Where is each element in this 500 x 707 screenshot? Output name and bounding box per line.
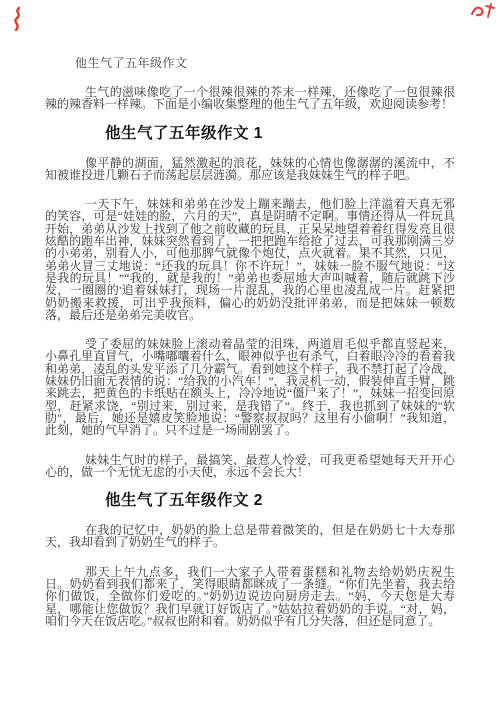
essay-1-paragraph-4: 妹妹生气时的样子，最搞笑，最惹人怜爱，可我更希望她每天开开心心的，做一个无忧无虑… (45, 454, 455, 479)
red-ink-stroke (486, 4, 494, 17)
red-ink-stroke (15, 8, 19, 30)
essay-1-heading: 他生气了五年级作文 1 (105, 124, 455, 144)
essay-1-paragraph-3: 受了委屈的妹妹脸上滚动着晶莹的泪珠，两道眉毛似乎都直竖起来，小鼻孔里直冒气，小嘴… (45, 338, 455, 436)
red-ink-stroke (472, 8, 483, 16)
essay-2-paragraph-1: 在我的记忆中，奶奶的脸上总是带着微笑的，但是在奶奶七十大寿那天，我却看到了奶奶生… (45, 524, 455, 549)
essay-2-paragraph-2: 那天上午九点多，我们一大家子人带着蛋糕和礼物去给奶奶庆祝生日。奶奶看到我们都来了… (45, 566, 455, 627)
intro-paragraph: 生气的滋味像吃了一个很辣很辣的芥末一样辣，还像吃了一包很辣很辣的辣香料一样辣。下… (45, 86, 455, 111)
document-page: 他生气了五年级作文 生气的滋味像吃了一个很辣很辣的芥末一样辣，还像吃了一包很辣很… (0, 0, 500, 707)
red-ink-mark-top-left (8, 6, 28, 32)
essay-2-heading: 他生气了五年级作文 2 (105, 491, 455, 511)
document-title: 他生气了五年级作文 (45, 57, 455, 69)
document-content: 他生气了五年级作文 生气的滋味像吃了一个很辣很辣的芥末一样辣，还像吃了一包很辣很… (45, 0, 455, 627)
essay-1-paragraph-2: 一天下午，妹妹和弟弟在沙发上蹦来蹦去，他们脸上洋溢着天真无邪的笑容，可是“娃娃的… (45, 198, 455, 321)
essay-1-paragraph-1: 像平静的湖面，猛然激起的浪花，妹妹的心情也像潺潺的溪流中，不知被谁投进几颗石子而… (45, 157, 455, 182)
red-ink-mark-top-right (470, 2, 496, 22)
